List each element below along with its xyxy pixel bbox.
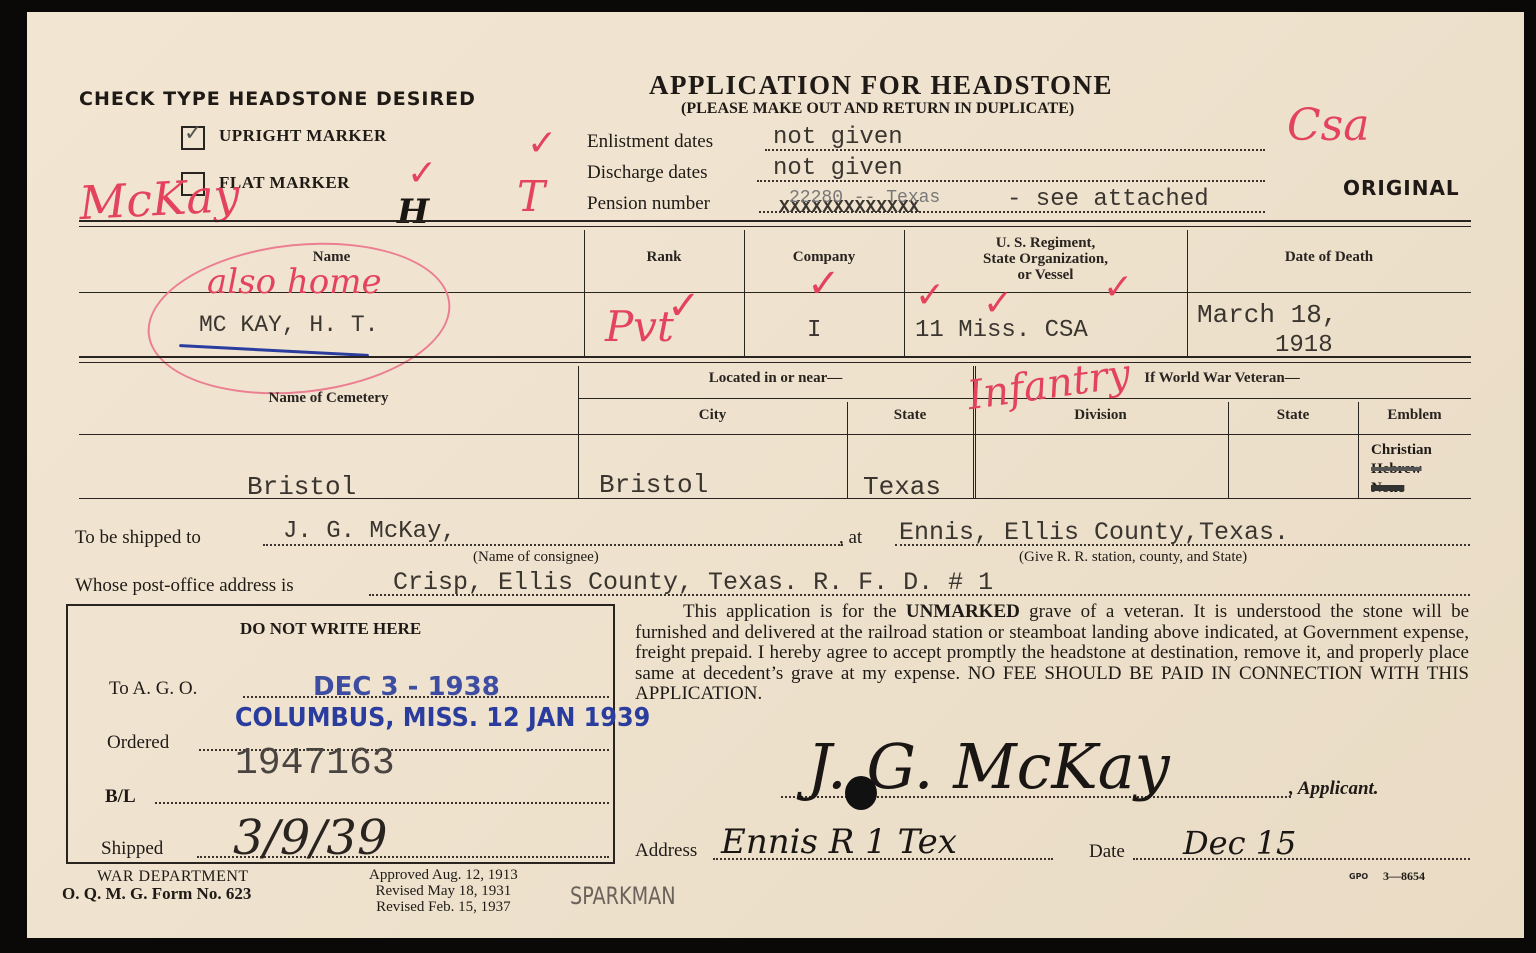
emblem-hebrew[interactable]: Hebrew	[1371, 460, 1432, 479]
regiment-header-line2: State Organization,	[904, 251, 1187, 267]
date-of-death-header: Date of Death	[1187, 249, 1471, 266]
order-number: 1947163	[235, 742, 395, 785]
address-value[interactable]: Ennis R 1 Tex	[721, 822, 957, 862]
bl-label: B/L	[105, 786, 136, 808]
shipped-to-label: To be shipped to	[75, 527, 201, 549]
print-code: 3—8654	[1383, 869, 1425, 884]
form-number-label: O. Q. M. G. Form No. 623	[62, 884, 251, 904]
po-address-value[interactable]: Crisp, Ellis County, Texas. R. F. D. # 1	[393, 568, 993, 597]
date-value[interactable]: Dec 15	[1183, 824, 1296, 862]
regiment-header-line3: or Vessel	[904, 267, 1187, 283]
columbus-date-stamp: COLUMBUS, MISS. 12 JAN 1939	[235, 703, 650, 733]
ordered-label: Ordered	[107, 732, 169, 754]
emblem-christian[interactable]: Christian	[1371, 441, 1432, 460]
pension-value[interactable]: - see attached	[1007, 186, 1209, 213]
red-check-icon: ✓	[527, 122, 557, 164]
statement-paragraph: This application is for the UNMARKED gra…	[635, 602, 1469, 705]
red-csa-annotation: Csa	[1287, 100, 1369, 151]
ww-state-header: State	[1228, 407, 1358, 424]
red-check-icon: ✓	[807, 260, 841, 307]
check-mark-icon: ✓	[184, 120, 202, 146]
rank-value[interactable]: Pvt	[605, 302, 674, 351]
enlistment-value[interactable]: not given	[773, 124, 903, 151]
address-label: Address	[635, 840, 697, 862]
at-label: , at	[839, 527, 862, 549]
shipped-date-value: 3/9/39	[233, 810, 388, 866]
po-address-label: Whose post-office address is	[75, 575, 294, 597]
statement-text-1: This application is for the	[683, 601, 906, 622]
pension-overtype: 22280 -- Texas	[789, 188, 940, 208]
approved-date: Approved Aug. 12, 1913	[369, 867, 518, 883]
shipped-label: Shipped	[101, 838, 163, 860]
emblem-options: Christian Hebrew None	[1371, 441, 1432, 498]
table-top-rule	[79, 220, 1471, 227]
header-rule	[79, 434, 1471, 435]
date-of-death-line1[interactable]: March 18,	[1197, 300, 1337, 330]
red-initial-annotation: T	[517, 172, 545, 221]
emblem-none[interactable]: None	[1371, 479, 1432, 498]
company-value[interactable]: I	[807, 317, 821, 344]
statement-unmarked: UNMARKED	[906, 601, 1020, 622]
city-value[interactable]: Bristol	[599, 470, 708, 500]
applicant-label: , Applicant.	[1289, 778, 1379, 800]
date-label: Date	[1089, 841, 1125, 863]
regiment-header: U. S. Regiment, State Organization, or V…	[904, 235, 1187, 283]
consignee-note: (Name of consignee)	[473, 549, 599, 566]
form-subtitle: (PLEASE MAKE OUT AND RETURN IN DUPLICATE…	[681, 100, 1074, 118]
red-check-icon: ✓	[915, 274, 945, 316]
station-value[interactable]: Ennis, Ellis County,Texas.	[899, 518, 1289, 547]
emblem-header: Emblem	[1358, 407, 1471, 424]
state-value[interactable]: Texas	[863, 472, 941, 502]
bl-line	[155, 802, 609, 804]
office-box-heading: DO NOT WRITE HERE	[240, 619, 421, 639]
revised-date-1: Revised May 18, 1931	[369, 883, 518, 899]
ago-label: To A. G. O.	[109, 678, 197, 700]
cemetery-header: Name of Cemetery	[79, 390, 578, 407]
located-header: Located in or near—	[578, 370, 973, 387]
station-note: (Give R. R. station, county, and State)	[1019, 549, 1247, 566]
revised-date-2: Revised Feb. 15, 1937	[369, 899, 518, 915]
form-title: APPLICATION FOR HEADSTONE	[649, 70, 1113, 101]
city-header: City	[578, 407, 847, 424]
sparkman-stamp: SPARKMAN	[570, 882, 676, 910]
red-check-icon: ✓	[667, 282, 701, 329]
date-of-death-line2[interactable]: 1918	[1275, 332, 1333, 354]
pension-label: Pension number	[587, 193, 710, 215]
check-type-heading: CHECK TYPE HEADSTONE DESIRED	[79, 88, 476, 110]
enlistment-label: Enlistment dates	[587, 131, 713, 153]
cemetery-value[interactable]: Bristol	[247, 472, 356, 502]
upright-marker-label: UPRIGHT MARKER	[219, 126, 387, 146]
revision-history: Approved Aug. 12, 1913 Revised May 18, 1…	[369, 867, 518, 915]
red-check-icon: ✓	[983, 282, 1013, 324]
rank-header: Rank	[584, 249, 744, 266]
ink-blot	[845, 776, 877, 810]
gpo-mark: GPO	[1349, 872, 1368, 881]
discharge-value[interactable]: not given	[773, 155, 903, 182]
ago-date-stamp: DEC 3 - 1938	[313, 672, 500, 702]
cemetery-top-rule	[79, 356, 1471, 363]
red-check-icon: ✓	[1103, 266, 1133, 308]
state-header: State	[847, 407, 973, 424]
headstone-application-form: CHECK TYPE HEADSTONE DESIRED ✓ UPRIGHT M…	[27, 12, 1524, 938]
regiment-header-line1: U. S. Regiment,	[904, 235, 1187, 251]
original-label: ORIGINAL	[1343, 176, 1460, 200]
red-check-icon: ✓	[407, 152, 437, 194]
shipped-to-value[interactable]: J. G. McKay,	[283, 518, 456, 545]
discharge-label: Discharge dates	[587, 162, 707, 184]
